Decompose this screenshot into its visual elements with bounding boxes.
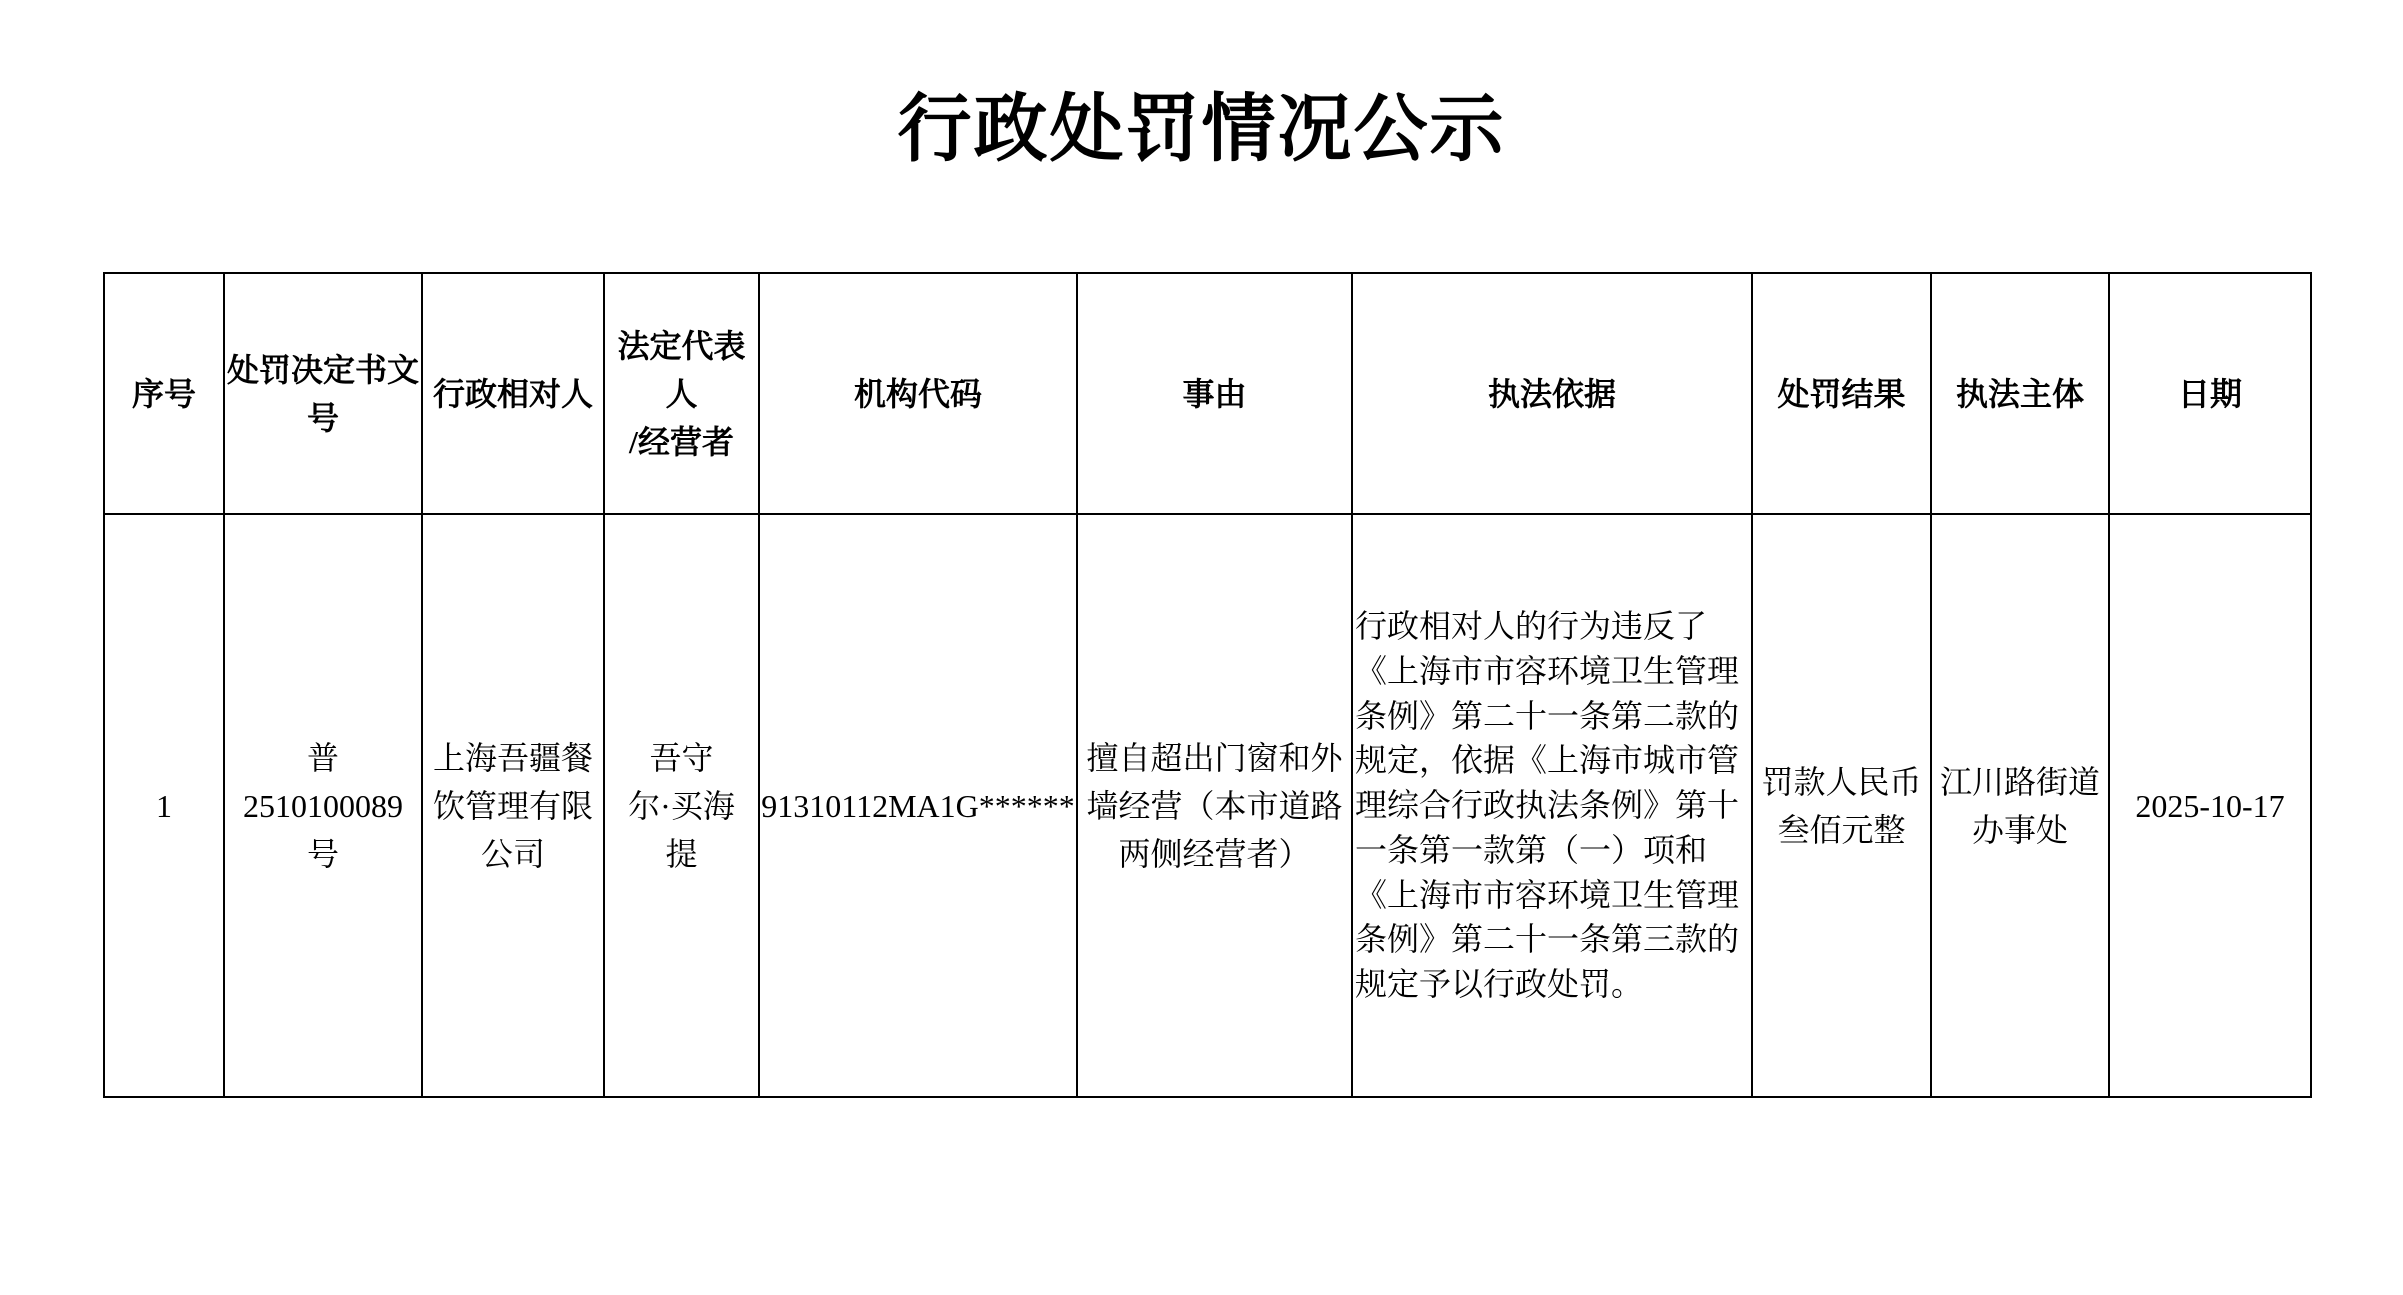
header-result: 处罚结果: [1752, 273, 1931, 514]
header-date: 日期: [2109, 273, 2311, 514]
page-title: 行政处罚情况公示: [0, 88, 2403, 169]
header-authority: 执法主体: [1931, 273, 2109, 514]
header-reason: 事由: [1077, 273, 1352, 514]
header-party: 行政相对人: [422, 273, 604, 514]
cell-legal-rep: 吾守 尔·买海 提: [604, 514, 759, 1097]
header-org-code: 机构代码: [759, 273, 1077, 514]
cell-party: 上海吾疆餐 饮管理有限 公司: [422, 514, 604, 1097]
header-legal-rep: 法定代表人 /经营者: [604, 273, 759, 514]
table-row: 1 普 2510100089 号 上海吾疆餐 饮管理有限 公司 吾守 尔·买海 …: [104, 514, 2311, 1097]
header-legal-basis: 执法依据: [1352, 273, 1752, 514]
penalty-table: 序号 处罚决定书文 号 行政相对人 法定代表人 /经营者 机构代码 事由 执法依…: [103, 272, 2312, 1098]
header-doc-no: 处罚决定书文 号: [224, 273, 422, 514]
cell-result: 罚款人民币 叁佰元整: [1752, 514, 1931, 1097]
cell-authority: 江川路街道 办事处: [1931, 514, 2109, 1097]
cell-index: 1: [104, 514, 224, 1097]
cell-date: 2025-10-17: [2109, 514, 2311, 1097]
cell-reason: 擅自超出门窗和外 墙经营（本市道路 两侧经营者）: [1077, 514, 1352, 1097]
page: 行政处罚情况公示 序号 处罚决定书文 号 行政相对人 法定代表人 /经营者 机构…: [0, 0, 2403, 1295]
cell-org-code: 91310112MA1G******: [759, 514, 1077, 1097]
cell-legal-basis: 行政相对人的行为违反了 《上海市市容环境卫生管理 条例》第二十一条第二款的 规定…: [1352, 514, 1752, 1097]
header-index: 序号: [104, 273, 224, 514]
header-row: 序号 处罚决定书文 号 行政相对人 法定代表人 /经营者 机构代码 事由 执法依…: [104, 273, 2311, 514]
cell-doc-no: 普 2510100089 号: [224, 514, 422, 1097]
